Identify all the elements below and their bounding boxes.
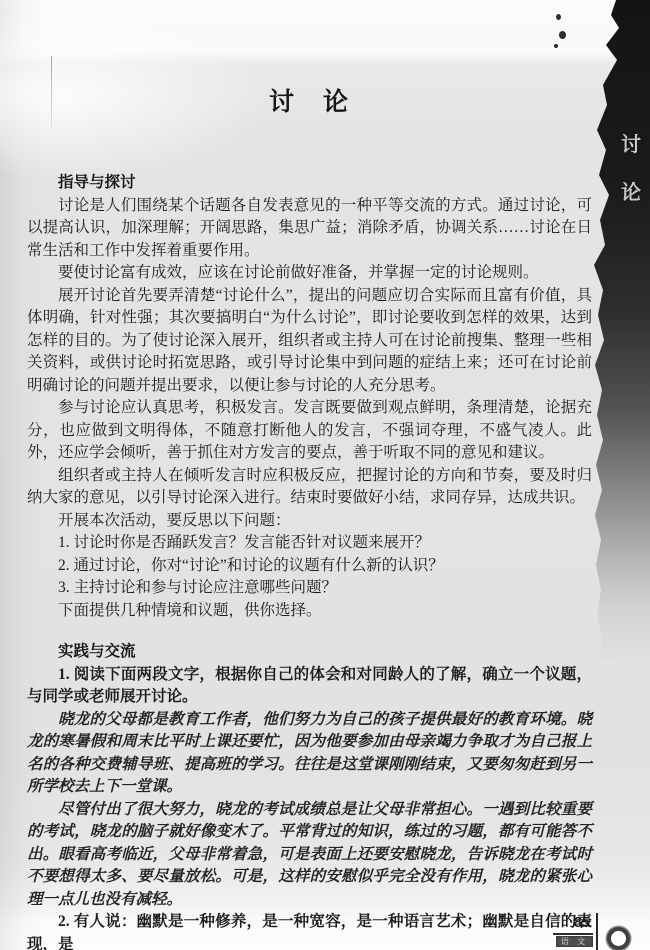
side-tab-char-2: 论: [619, 176, 643, 205]
footer-divider-line: [596, 913, 598, 950]
torn-edge-band: 讨 论: [592, 0, 650, 668]
guide-paragraph-3: 展开讨论首先要弄清楚“讨论什么”，提出的问题应切合实际而且富有价值，具体明确，针…: [27, 285, 592, 398]
guide-paragraph-6: 开展本次活动，要反思以下问题：: [27, 510, 592, 533]
reflection-question-1: 1. 讨论时你是否踊跃发言？发言能否针对议题来展开？: [27, 532, 592, 555]
section-header-guidance: 指导与探讨: [27, 172, 592, 195]
practice-item-1: 1. 阅读下面两段文字，根据你自己的体会和对同龄人的了解，确立一个议题，与同学或…: [27, 664, 592, 709]
practice-item-2: 2. 有人说：幽默是一种修养，是一种宽容，是一种语言艺术；幽默是自信的表现，是: [27, 911, 592, 950]
reflection-question-3: 3. 主持讨论和参与讨论应注意哪些问题？: [27, 577, 592, 600]
side-tab-char-1: 讨: [619, 128, 643, 157]
scan-speck: [556, 14, 561, 20]
guide-paragraph-1: 讨论是人们围绕某个话题各自发表意见的一种平等交流的方式。通过讨论，可以提高认识，…: [27, 195, 592, 263]
section-header-practice: 实践与交流: [27, 641, 592, 664]
story-paragraph-1: 晓龙的父母都是教育工作者，他们努力为自己的孩子提供最好的教育环境。晓龙的寒暑假和…: [27, 709, 592, 799]
scanned-textbook-page: 讨 论 指导与探讨 讨论是人们围绕某个话题各自发表意见的一种平等交流的方式。通过…: [0, 0, 650, 950]
page-title: 讨 论: [27, 82, 592, 118]
scan-speck: [559, 31, 566, 39]
story-paragraph-2: 尽管付出了很大努力，晓龙的考试成绩总是让父母非常担心。一遇到比较重要的考试，晓龙…: [27, 799, 592, 912]
guide-paragraph-5: 组织者或主持人在倾听发言时应积极反应，把握讨论的方向和节奏，要及时归纳大家的意见…: [27, 465, 592, 510]
binder-ring-icon: [607, 927, 630, 950]
guide-paragraph-4: 参与讨论应认真思考，积极发言。发言既要做到观点鲜明，条理清楚，论据充分，也应做到…: [27, 397, 592, 465]
guide-paragraph-2: 要使讨论富有成效，应该在讨论前做好准备，并掌握一定的讨论规则。: [27, 262, 592, 285]
reflection-question-2: 2. 通过讨论，你对“讨论”和讨论的议题有什么新的认识？: [27, 555, 592, 578]
guide-closing-line: 下面提供几种情境和议题，供你选择。: [27, 600, 592, 623]
scan-speck: [554, 44, 558, 48]
page-content: 指导与探讨 讨论是人们围绕某个话题各自发表意见的一种平等交流的方式。通过讨论，可…: [27, 172, 592, 950]
